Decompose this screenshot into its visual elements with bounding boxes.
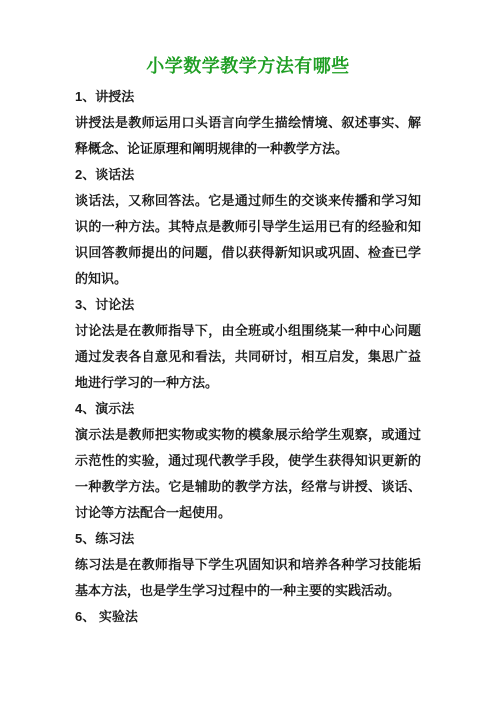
section-heading: 1、讲授法 <box>75 84 421 110</box>
section-heading: 6、 实验法 <box>75 604 421 630</box>
section-heading: 3、讨论法 <box>75 292 421 318</box>
section-3: 3、讨论法 讨论法是在教师指导下，由全班或小组围绕某一种中心问题通过发表各自意见… <box>75 292 421 396</box>
section-5: 5、练习法 练习法是在教师指导下学生巩固知识和培养各种学习技能垢基本方法，也是学… <box>75 526 421 604</box>
section-body: 讲授法是教师运用口头语言向学生描绘情境、叙述事实、解释概念、论证原理和阐明规律的… <box>75 110 421 162</box>
section-body: 谈话法，又称回答法。它是通过师生的交谈来传播和学习知识的一种方法。其特点是教师引… <box>75 188 421 292</box>
page-title: 小学数学教学方法有哪些 <box>65 52 431 80</box>
document-page: 小学数学教学方法有哪些 1、讲授法 讲授法是教师运用口头语言向学生描绘情境、叙述… <box>0 0 496 702</box>
section-6: 6、 实验法 <box>75 604 421 630</box>
section-2: 2、谈话法 谈话法，又称回答法。它是通过师生的交谈来传播和学习知识的一种方法。其… <box>75 162 421 292</box>
section-1: 1、讲授法 讲授法是教师运用口头语言向学生描绘情境、叙述事实、解释概念、论证原理… <box>75 84 421 162</box>
section-4: 4、演示法 演示法是教师把实物或实物的模象展示给学生观察，或通过示范性的实验，通… <box>75 396 421 526</box>
section-body: 练习法是在教师指导下学生巩固知识和培养各种学习技能垢基本方法，也是学生学习过程中… <box>75 552 421 604</box>
section-heading: 2、谈话法 <box>75 162 421 188</box>
section-body: 演示法是教师把实物或实物的模象展示给学生观察，或通过示范性的实验，通过现代教学手… <box>75 422 421 526</box>
section-heading: 4、演示法 <box>75 396 421 422</box>
section-body: 讨论法是在教师指导下，由全班或小组围绕某一种中心问题通过发表各自意见和看法，共同… <box>75 318 421 396</box>
section-heading: 5、练习法 <box>75 526 421 552</box>
